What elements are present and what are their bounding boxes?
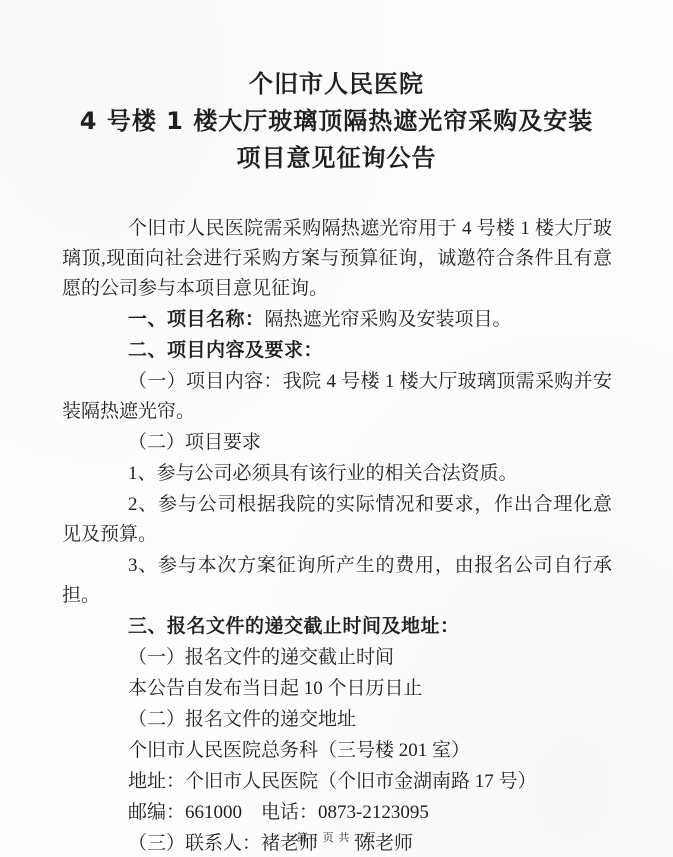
section-2-label: 二、项目内容及要求：	[128, 339, 323, 361]
item-2-2-text: （二）项目要求	[128, 432, 261, 453]
item-2-1-project-content: （一）项目内容：我院 4 号楼 1 楼大厅玻璃顶需采购并安装隔热遮光帘。	[62, 366, 612, 427]
requirement-1-text: 1、参与公司必须具有该行业的相关合法资质。	[128, 463, 518, 484]
address-line: 地址：个旧市人民医院（个旧市金湖南路 17 号）	[62, 766, 612, 797]
item-2-1-text: （一）项目内容：我院 4 号楼 1 楼大厅玻璃顶需采购并安装隔热遮光帘。	[62, 371, 612, 422]
requirement-3-text: 3、参与本次方案征询所产生的费用，由报名公司自行承担。	[62, 555, 612, 606]
scanned-document-page: 个旧市人民医院 4 号楼 1 楼大厅玻璃顶隔热遮光帘采购及安装 项目意见征询公告…	[0, 0, 673, 857]
requirement-1: 1、参与公司必须具有该行业的相关合法资质。	[62, 458, 612, 489]
title-line-hospital-name: 个旧市人民医院	[0, 66, 673, 103]
delivery-location-line: 个旧市人民医院总务科（三号楼 201 室）	[62, 735, 612, 766]
item-3-2-address-heading: （二）报名文件的递交地址	[62, 704, 612, 735]
requirement-2: 2、参与公司根据我院的实际情况和要求，作出合理化意见及预算。	[62, 489, 612, 550]
deadline-value: 本公告自发布当日起 10 个日历日止	[128, 678, 423, 699]
title-line-project-name: 4 号楼 1 楼大厅玻璃顶隔热遮光帘采购及安装	[0, 103, 673, 140]
item-3-1-text: （一）报名文件的递交截止时间	[128, 647, 394, 668]
section-1-label: 一、项目名称：	[128, 308, 265, 330]
section-3-label: 三、报名文件的递交截止时间及地址：	[128, 615, 460, 637]
section-3-heading: 三、报名文件的递交截止时间及地址：	[62, 611, 612, 642]
requirement-2-text: 2、参与公司根据我院的实际情况和要求，作出合理化意见及预算。	[62, 494, 612, 545]
footer-page-number: 第 1 页 共 2 页	[0, 829, 673, 845]
postcode-phone-line: 邮编：661000 电话：0873-2123095	[62, 797, 612, 828]
section-2-heading: 二、项目内容及要求：	[62, 335, 612, 366]
address-text: 地址：个旧市人民医院（个旧市金湖南路 17 号）	[128, 771, 537, 792]
item-3-2-text: （二）报名文件的递交地址	[128, 709, 356, 730]
deadline-text: 本公告自发布当日起 10 个日历日止	[62, 673, 612, 704]
item-3-1-deadline-heading: （一）报名文件的递交截止时间	[62, 642, 612, 673]
item-2-2-project-requirements: （二）项目要求	[62, 427, 612, 458]
section-1-text: 隔热遮光帘采购及安装项目。	[265, 309, 512, 330]
delivery-location-text: 个旧市人民医院总务科（三号楼 201 室）	[128, 740, 470, 761]
document-title: 个旧市人民医院 4 号楼 1 楼大厅玻璃顶隔热遮光帘采购及安装 项目意见征询公告	[0, 0, 673, 177]
title-line-announcement-type: 项目意见征询公告	[0, 140, 673, 177]
intro-paragraph: 个旧市人民医院需采购隔热遮光帘用于 4 号楼 1 楼大厅玻璃顶,现面向社会进行采…	[62, 213, 612, 304]
requirement-3: 3、参与本次方案征询所产生的费用，由报名公司自行承担。	[62, 550, 612, 611]
document-body: 个旧市人民医院需采购隔热遮光帘用于 4 号楼 1 楼大厅玻璃顶,现面向社会进行采…	[62, 213, 612, 857]
intro-paragraph-text: 个旧市人民医院需采购隔热遮光帘用于 4 号楼 1 楼大厅玻璃顶,现面向社会进行采…	[62, 218, 612, 299]
postcode-phone-text: 邮编：661000 电话：0873-2123095	[128, 802, 429, 823]
section-1-project-name: 一、项目名称：隔热遮光帘采购及安装项目。	[62, 304, 612, 335]
